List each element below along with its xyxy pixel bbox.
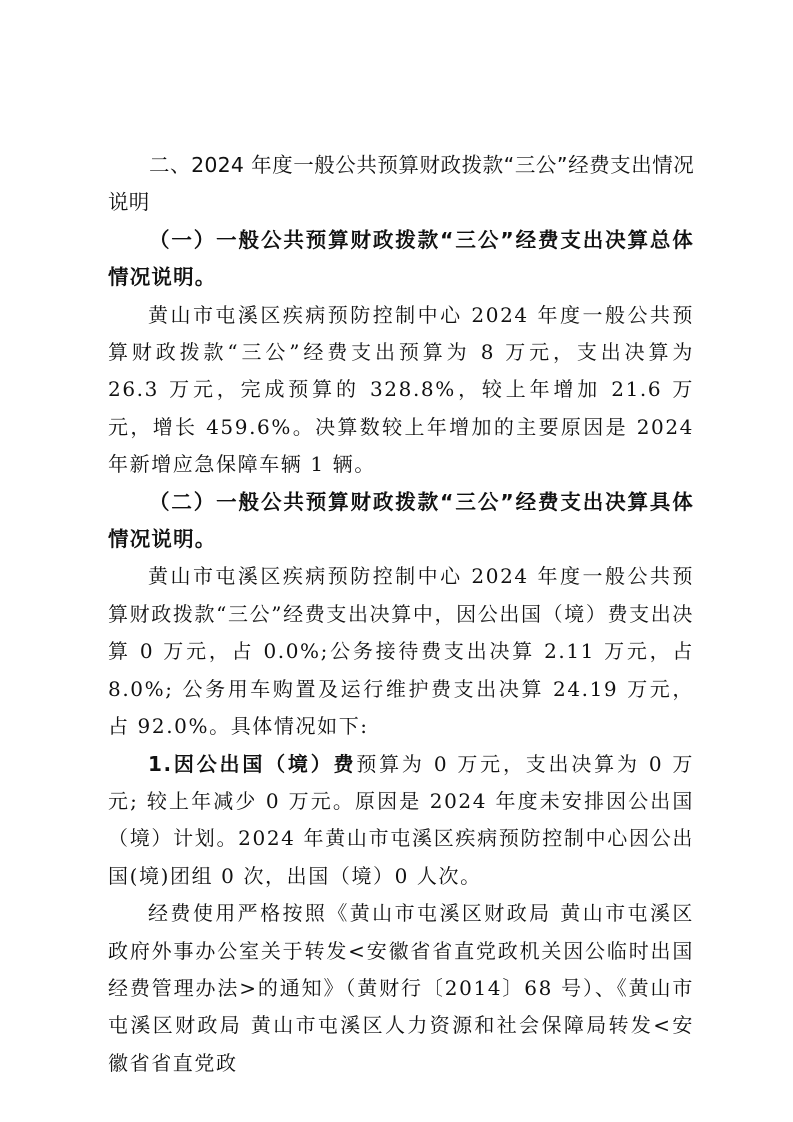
item-1-lead: 1.因公出国（境）费 — [148, 752, 356, 776]
subsection-1-heading: （一）一般公共预算财政拨款“三公”经费支出决算总体情况说明。 — [108, 222, 694, 297]
subsection-2-heading: （二）一般公共预算财政拨款“三公”经费支出决算具体情况说明。 — [108, 484, 694, 559]
item-1-paragraph: 1.因公出国（境）费预算为 0 万元，支出决算为 0 万元; 较上年减少 0 万… — [108, 746, 694, 896]
subsection-1-paragraph: 黄山市屯溪区疾病预防控制中心 2024 年度一般公共预算财政拨款“三公”经费支出… — [108, 297, 694, 484]
subsection-2-paragraph: 黄山市屯溪区疾病预防控制中心 2024 年度一般公共预算财政拨款“三公”经费支出… — [108, 558, 694, 745]
section-title: 二、2024 年度一般公共预算财政拨款“三公”经费支出情况说明 — [108, 147, 694, 222]
document-page: 二、2024 年度一般公共预算财政拨款“三公”经费支出情况说明 （一）一般公共预… — [108, 147, 694, 1082]
closing-paragraph: 经费使用严格按照《黄山市屯溪区财政局 黄山市屯溪区政府外事办公室关于转发<安徽省… — [108, 895, 694, 1082]
